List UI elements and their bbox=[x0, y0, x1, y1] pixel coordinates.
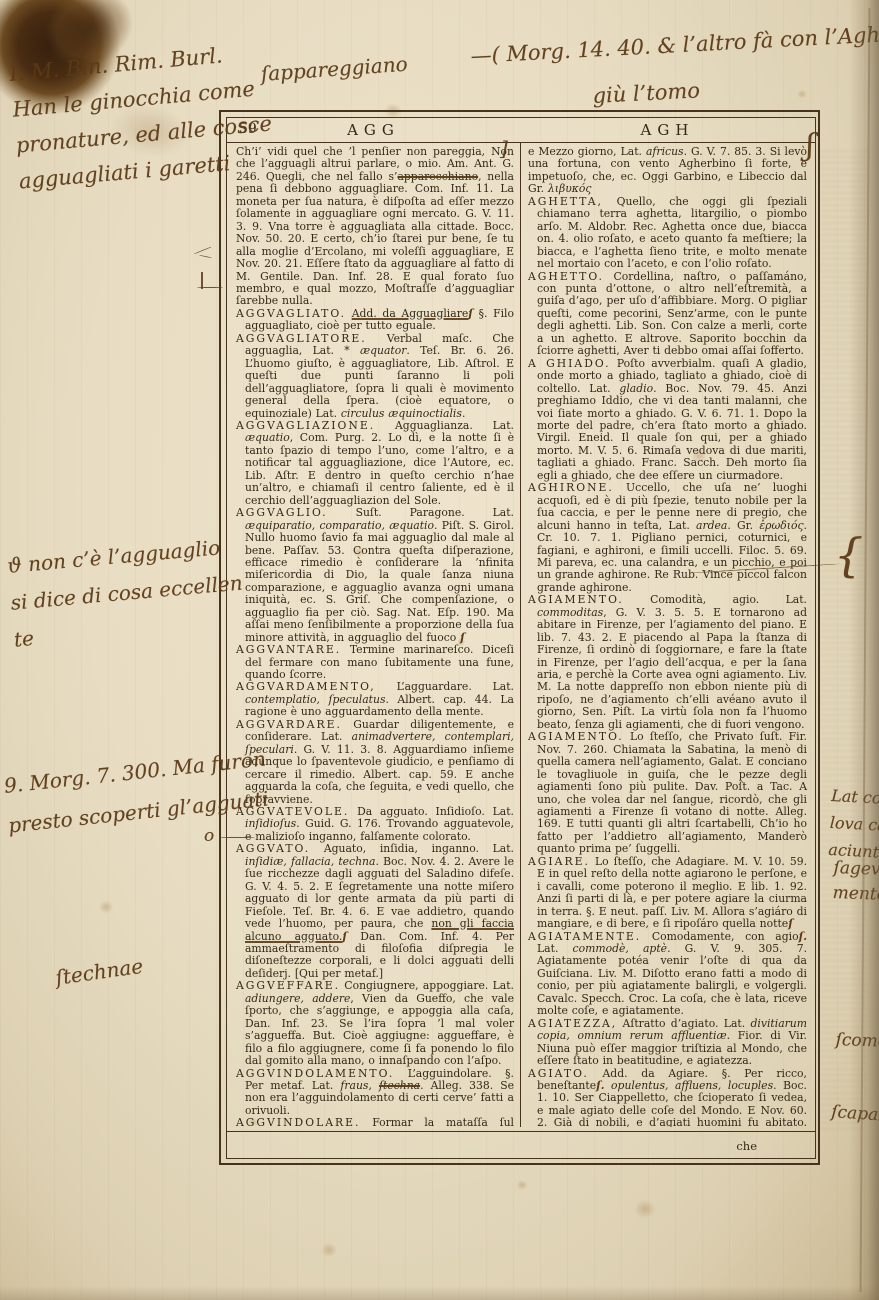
text-run: Congiugnere, appoggiare. Lat. bbox=[340, 979, 514, 992]
text-run: Add. da Agguagliare bbox=[352, 307, 469, 320]
dictionary-entry: AGHETTA, Quello, che oggi gli ſpeziali c… bbox=[528, 196, 807, 271]
scanned-book-page: 59 AGG AGH Ch’i’ vidi quel che ’l penſie… bbox=[0, 0, 879, 1300]
dictionary-entry: AGGVAGLIO. Suſt. Paragone. Lat. æquipara… bbox=[236, 507, 514, 644]
text-run: , nella pena ſi debbono agguagliare. Com… bbox=[236, 170, 514, 308]
text-run: Aguato, inſidia, inganno. Lat. bbox=[310, 842, 514, 855]
headword: A GHIADO. bbox=[528, 357, 611, 370]
dictionary-entry: AGIATO. Add. da Agiare. §. Per ricco, be… bbox=[528, 1068, 807, 1127]
dictionary-entry: AGGVARDAMENTO, L’agguardare. Lat. contem… bbox=[236, 681, 514, 718]
text-run: ἐρωδιός bbox=[759, 519, 803, 532]
dictionary-entry: AGHIRONE. Uccello, che uſa ne’ luoghi ac… bbox=[528, 482, 807, 594]
handwritten-note-morgante-aghiron-2: giù l’tomo bbox=[592, 78, 700, 108]
handwritten-note-morgante-aghiron: —( Morg. 14. 40. & l’altro fà con l’Aghi… bbox=[470, 20, 879, 68]
text-run: L’agguardare. Lat. bbox=[376, 680, 514, 693]
text-run: . bbox=[462, 407, 465, 420]
catchword: che bbox=[736, 1139, 757, 1153]
text-run: æquatio bbox=[245, 431, 290, 444]
text-run: Lat. bbox=[537, 942, 573, 955]
margin-scribble bbox=[199, 255, 212, 259]
headword: AGHIRONE. bbox=[528, 481, 614, 494]
text-run: opulentus, affluens, locuples bbox=[611, 1079, 773, 1092]
text-run: ſ. bbox=[799, 930, 807, 943]
dictionary-entry: e Mezzo giorno, Lat. africus. G. V. 7. 8… bbox=[528, 146, 807, 196]
text-run: Da agguato. Inſidioſo. Lat. bbox=[349, 805, 514, 818]
margin-tick-mark bbox=[197, 287, 223, 288]
text-columns: Ch’i’ vidi quel che ’l penſier non pareg… bbox=[227, 143, 815, 1127]
dictionary-entry: AGGVATEVOLE. Da agguato. Inſidioſo. Lat.… bbox=[236, 806, 514, 843]
headword: AGIATEZZA, bbox=[528, 1017, 617, 1030]
text-run: Lo ſteſſo, che Privato ſuſt. Fir. Nov. 7… bbox=[537, 730, 807, 855]
headword: AGGVAGLIAZIONE. bbox=[236, 419, 375, 432]
headword: AGGVAGLIATORE. bbox=[236, 332, 367, 345]
dictionary-entry: AGHETTO. Cordellina, naſtro, o paſſamáno… bbox=[528, 271, 807, 358]
headword: AGGVARDAMENTO, bbox=[236, 680, 376, 693]
headword: AGIAMENTO. bbox=[528, 593, 624, 606]
margin-o-mark: o bbox=[204, 826, 214, 846]
dictionary-entry: AGGVAGLIATORE. Verbal maſc. Che agguagli… bbox=[236, 333, 514, 420]
text-run: commoditas bbox=[537, 606, 603, 619]
text-run: . Piſt. S. Girol. Nullo huomo ſavio fa m… bbox=[245, 519, 514, 644]
headword: AGGVARDARE. bbox=[236, 718, 342, 731]
foxing-spot bbox=[514, 1178, 530, 1192]
text-run: ſtechna bbox=[379, 1079, 420, 1092]
dictionary-entry: AGGVINDOLARE. Formar la mataſſa ſul guin… bbox=[236, 1117, 514, 1127]
headword: AGGVINDOLARE. bbox=[236, 1116, 360, 1127]
foxing-spot bbox=[795, 88, 809, 100]
text-run: Suſt. Paragone. Lat. bbox=[328, 506, 514, 519]
headword: AGGVAGLIATO. bbox=[236, 307, 346, 320]
handwritten-note-technae: ſtechnae bbox=[54, 954, 144, 990]
dictionary-entry: AGGVEFFARE. Congiugnere, appoggiare. Lat… bbox=[236, 980, 514, 1067]
foxing-spot bbox=[96, 898, 116, 916]
text-run: e Mezzo giorno, Lat. bbox=[528, 145, 646, 158]
text-run: æquator bbox=[360, 344, 406, 357]
text-run: africus bbox=[646, 145, 684, 158]
column-right: e Mezzo giorno, Lat. africus. G. V. 7. 8… bbox=[520, 143, 815, 1127]
text-run: æquiparatio, comparatio, æquatio bbox=[245, 519, 434, 532]
headword: AGGVANTARE. bbox=[236, 643, 341, 656]
text-run: fraus bbox=[340, 1079, 368, 1092]
text-run: gladio bbox=[619, 382, 653, 395]
dictionary-entry: AGGVAGLIATO. Add. da Agguagliareſ §. Fil… bbox=[236, 308, 514, 333]
page-edge-bottom bbox=[0, 1286, 879, 1300]
dictionary-entry: AGIAMENTO. Lo ſteſſo, che Privato ſuſt. … bbox=[528, 731, 807, 856]
text-run: λιβυκός bbox=[548, 182, 592, 195]
text-run: . Gr. bbox=[727, 519, 759, 532]
text-run: ſ. bbox=[596, 1079, 604, 1092]
text-run: apparecchiano bbox=[397, 170, 478, 183]
handwritten-note-agguaglio: ϑ non c’è l’agguagliosi dice di cosa ecc… bbox=[6, 528, 247, 659]
foxing-spot bbox=[630, 1196, 660, 1222]
dictionary-entry: AGIAMENTO. Comodità, agio. Lat. commodit… bbox=[528, 594, 807, 731]
headword: AGGVINDOLAMENTO. bbox=[236, 1067, 394, 1080]
text-run: , bbox=[368, 1079, 379, 1092]
headword: AGHETTA, bbox=[528, 195, 603, 208]
column-left: Ch’i’ vidi quel che ’l penſier non pareg… bbox=[227, 143, 520, 1127]
margin-bracket-mark: ʃ bbox=[806, 128, 814, 163]
margin-scribble bbox=[194, 246, 212, 254]
headword: AGGVAGLIO. bbox=[236, 506, 328, 519]
text-run: Cordellina, naſtro, o paſſamáno, con pun… bbox=[537, 270, 807, 358]
dictionary-entry: Ch’i’ vidi quel che ’l penſier non pareg… bbox=[236, 146, 514, 308]
dictionary-entry: A GHIADO. Poſto avverbialm. quaſi A glad… bbox=[528, 358, 807, 483]
text-run: ardea bbox=[696, 519, 727, 532]
text-run: ſ bbox=[460, 631, 465, 644]
dictionary-entry: AGIARE. Lo ſteſſo, che Adagiare. M. V. 1… bbox=[528, 856, 807, 931]
text-run: Comodità, agio. Lat. bbox=[624, 593, 807, 606]
text-run: Comodamente, con agio bbox=[641, 930, 798, 943]
dictionary-entry: AGGVANTARE. Termine marinareſco. Diceſi … bbox=[236, 644, 514, 681]
text-run: . Boc. Nov. 79. 45. Anzi preghiamo Iddio… bbox=[537, 382, 807, 482]
dictionary-entry: AGGVAGLIAZIONE. Agguaglianza. Lat. æquat… bbox=[236, 420, 514, 507]
dictionary-entry: AGIATEZZA, Aſtratto d’agiato. Lat. divit… bbox=[528, 1018, 807, 1068]
headword: AGGVEFFARE. bbox=[236, 979, 340, 992]
dictionary-entry: AGIATAMENTE. Comodamente, con agioſ. Lat… bbox=[528, 931, 807, 1018]
ink-connector-line bbox=[219, 837, 255, 838]
text-run: Agguaglianza. Lat. bbox=[375, 419, 514, 432]
text-run: , G. V. 3. 5. 5. E tornarono ad abitare … bbox=[537, 606, 807, 731]
running-head: 59 AGG AGH bbox=[227, 118, 815, 143]
footer-rule bbox=[227, 1131, 815, 1132]
text-run: commodè, aptè bbox=[573, 942, 668, 955]
headword: AGIAMENTO. bbox=[528, 730, 624, 743]
running-head-right: AGH bbox=[520, 121, 815, 139]
headword: AGIATAMENTE. bbox=[528, 930, 641, 943]
handwritten-note-appareggiano: ſappareggiano bbox=[260, 52, 408, 86]
print-frame: 59 AGG AGH Ch’i’ vidi quel che ’l penſie… bbox=[226, 117, 816, 1159]
headword: AGGVATO. bbox=[236, 842, 310, 855]
headword: AGHETTO. bbox=[528, 270, 604, 283]
dictionary-entry: AGGVINDOLAMENTO. L’agguindolare. §. Per … bbox=[236, 1068, 514, 1118]
text-run: ſ bbox=[788, 917, 793, 930]
handwritten-note-top-left: I. M. Bin. Rim. Burl.Han le ginocchia co… bbox=[8, 34, 276, 200]
text-run: adiungere, addere bbox=[245, 992, 350, 1005]
text-run: contemplatio, ſpeculatus bbox=[245, 693, 386, 706]
text-run: circulus æquinoctialis bbox=[341, 407, 462, 420]
dictionary-entry: AGGVARDARE. Guardar diligentemente, e co… bbox=[236, 719, 514, 806]
foxing-spot bbox=[318, 1240, 340, 1260]
headword: AGIARE. bbox=[528, 855, 590, 868]
text-run: Aſtratto d’agiato. Lat. bbox=[617, 1017, 750, 1030]
margin-bracket-mark: ] bbox=[500, 136, 508, 160]
dictionary-entry: AGGVATO. Aguato, inſidia, inganno. Lat. … bbox=[236, 843, 514, 980]
headword: AGIATO. bbox=[528, 1067, 589, 1080]
text-run: inſidiæ, fallacia, techna bbox=[245, 855, 375, 868]
